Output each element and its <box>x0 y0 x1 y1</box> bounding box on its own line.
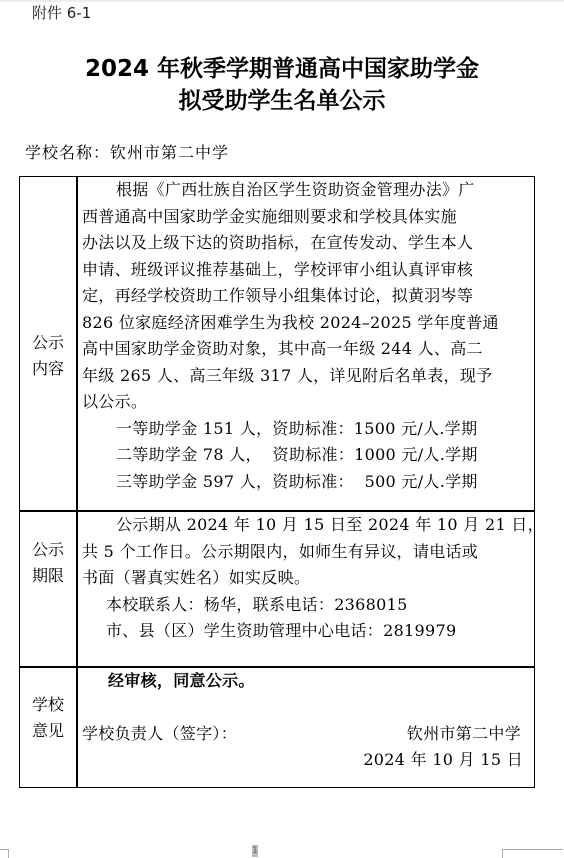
notice-table: 公示 内容 根据《广西壮族自治区学生资助资金管理办法》广 西普通高中国家助学金实… <box>19 176 535 788</box>
content-line: 高中国家助学金资助对象，其中高一年级 244 人、高二 <box>82 336 527 363</box>
opinion-cell: 经审核，同意公示。 学校负责人（签字）： 钦州市第二中学 2024 年 10 月… <box>82 668 527 773</box>
attachment-label: 附件 6-1 <box>32 2 91 23</box>
period-line: 共 5 个工作日。公示期限内，如师生有异议，请电话或 <box>82 539 527 566</box>
content-line: 年级 265 人、高三年级 317 人，详见附后名单表，现予 <box>82 363 527 390</box>
period-label: 公示 期限 <box>20 537 76 589</box>
label-line: 内容 <box>20 356 76 382</box>
content-line: 西普通高中国家助学金实施细则要求和学校具体实施 <box>82 204 527 231</box>
opinion-label: 学校 意见 <box>20 692 76 744</box>
period-line: 公示期从 2024 年 10 月 15 日至 2024 年 10 月 21 日， <box>82 512 527 539</box>
signer-label: 学校负责人（签字）： <box>82 721 237 748</box>
label-line: 期限 <box>20 563 76 589</box>
school-contact: 本校联系人：杨华，联系电话：2368015 <box>82 592 527 619</box>
center-contact: 市、县（区）学生资助管理中心电话：2819979 <box>82 618 527 645</box>
grant-tier-1: 一等助学金 151 人，资助标准：1500 元/人.学期 <box>82 416 527 443</box>
school-name: 学校名称：钦州市第二中学 <box>25 140 229 163</box>
label-line: 公示 <box>20 330 76 356</box>
label-line: 学校 <box>20 692 76 718</box>
approval-statement: 经审核，同意公示。 <box>82 668 527 695</box>
column-divider <box>76 177 78 787</box>
period-cell: 公示期从 2024 年 10 月 15 日至 2024 年 10 月 21 日，… <box>82 512 527 645</box>
label-line: 公示 <box>20 537 76 563</box>
school-org: 钦州市第二中学 <box>407 721 521 748</box>
content-cell: 根据《广西壮族自治区学生资助资金管理办法》广 西普通高中国家助学金实施细则要求和… <box>82 177 527 495</box>
page-title-line-1: 2024 年秋季学期普通高中国家助学金 <box>0 50 564 83</box>
page-corner-mark <box>0 849 9 858</box>
content-line: 以公示。 <box>82 389 527 416</box>
grant-tier-2: 二等助学金 78 人， 资助标准：1000 元/人.学期 <box>82 442 527 469</box>
label-line: 意见 <box>20 718 76 744</box>
content-line: 根据《广西壮族自治区学生资助资金管理办法》广 <box>82 177 527 204</box>
content-label: 公示 内容 <box>20 330 76 382</box>
page-title-line-2: 拟受助学生名单公示 <box>0 82 564 115</box>
sign-date: 2024 年 10 月 15 日 <box>82 747 527 774</box>
content-line: 申请、班级评议推荐基础上，学校评审小组认真评审核 <box>82 257 527 284</box>
page-number: 1 <box>252 845 258 857</box>
content-line: 办法以及上级下达的资助指标，在宣传发动、学生本人 <box>82 230 527 257</box>
grant-tier-3: 三等助学金 597 人，资助标准： 500 元/人.学期 <box>82 469 527 496</box>
content-line: 定，再经学校资助工作领导小组集体讨论，拟黄羽岑等 <box>82 283 527 310</box>
page-corner-mark <box>502 849 563 858</box>
period-line: 书面（署真实姓名）如实反映。 <box>82 565 527 592</box>
content-line: 826 位家庭经济困难学生为我校 2024–2025 学年度普通 <box>82 310 527 337</box>
